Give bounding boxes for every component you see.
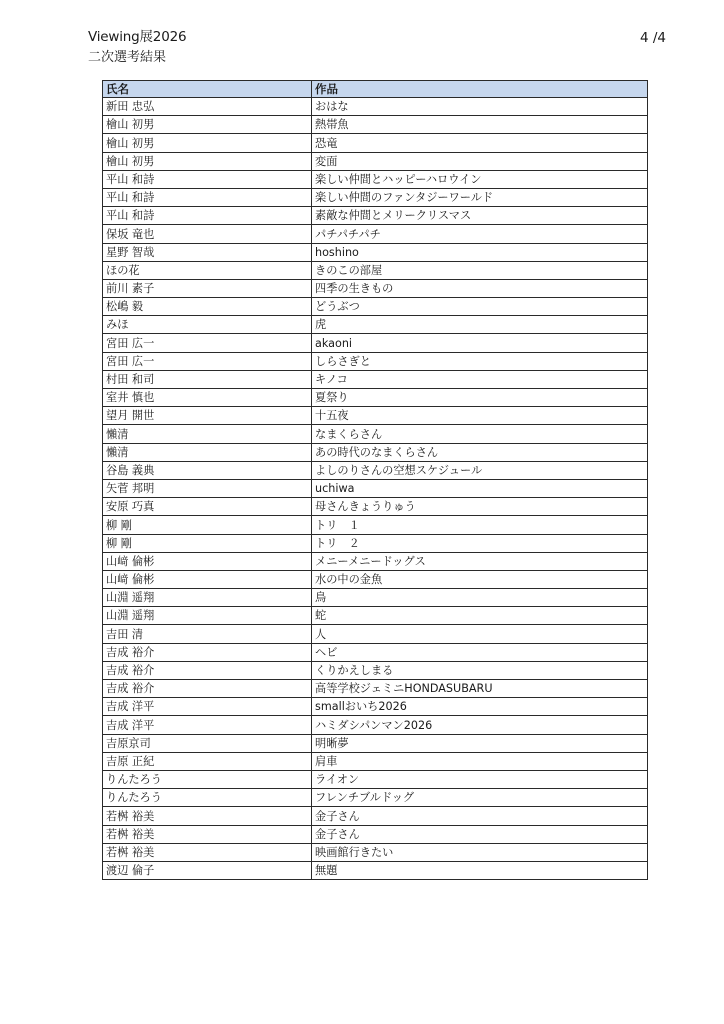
artwork-title-cell: 楽しい仲間のファンタジーワールド [312, 188, 648, 206]
artwork-title-cell: 明晰夢 [312, 734, 648, 752]
artwork-title-cell: メニーメニードッグス [312, 552, 648, 570]
artist-name-cell: 平山 和詩 [103, 207, 312, 225]
artist-name-cell: 前川 素子 [103, 279, 312, 297]
artwork-title-cell: 虎 [312, 316, 648, 334]
artist-name-cell: 平山 和詩 [103, 170, 312, 188]
artwork-title-cell: どうぶつ [312, 298, 648, 316]
table-row: 宮田 広一しらさぎと [103, 352, 648, 370]
artist-name-cell: 吉原京司 [103, 734, 312, 752]
table-row: 柳 剛トリ １ [103, 516, 648, 534]
column-header-name: 氏名 [103, 81, 312, 98]
artwork-title-cell: 高等学校ジェミニHONDASUBARU [312, 680, 648, 698]
artwork-title-cell: 変面 [312, 152, 648, 170]
table-row: 安原 巧真母さんきょうりゅう [103, 498, 648, 516]
artwork-title-cell: あの時代のなまくらさん [312, 443, 648, 461]
artist-name-cell: 山淵 遥翔 [103, 589, 312, 607]
artwork-title-cell: akaoni [312, 334, 648, 352]
artwork-title-cell: くりかえしまる [312, 661, 648, 679]
artist-name-cell: みほ [103, 316, 312, 334]
table-row: 檜山 初男恐竜 [103, 134, 648, 152]
artwork-title-cell: ヘビ [312, 643, 648, 661]
table-row: 吉原京司明晰夢 [103, 734, 648, 752]
artwork-title-cell: 金子さん [312, 807, 648, 825]
artwork-title-cell: 無題 [312, 861, 648, 879]
artist-name-cell: りんたろう [103, 770, 312, 788]
artwork-title-cell: 人 [312, 625, 648, 643]
table-row: りんたろうライオン [103, 770, 648, 788]
table-row: 山﨑 倫彬水の中の金魚 [103, 570, 648, 588]
artwork-title-cell: 熱帯魚 [312, 116, 648, 134]
artwork-title-cell: 四季の生きもの [312, 279, 648, 297]
artwork-title-cell: ライオン [312, 770, 648, 788]
artwork-title-cell: 恐竜 [312, 134, 648, 152]
artist-name-cell: 安原 巧真 [103, 498, 312, 516]
artwork-title-cell: 素敵な仲間とメリークリスマス [312, 207, 648, 225]
artist-name-cell: 若桝 裕美 [103, 825, 312, 843]
artwork-title-cell: 映画館行きたい [312, 843, 648, 861]
artist-name-cell: 懶清 [103, 443, 312, 461]
artwork-title-cell: 肩車 [312, 752, 648, 770]
table-row: 望月 開世十五夜 [103, 407, 648, 425]
artist-name-cell: 柳 剛 [103, 516, 312, 534]
artwork-title-cell: しらさぎと [312, 352, 648, 370]
table-row: 山淵 遥翔蛇 [103, 607, 648, 625]
artwork-title-cell: パチパチパチ [312, 225, 648, 243]
artist-name-cell: 山﨑 倫彬 [103, 552, 312, 570]
artwork-title-cell: 水の中の金魚 [312, 570, 648, 588]
table-row: 吉成 洋平smallおいち2026 [103, 698, 648, 716]
table-row: 星野 智哉hoshino [103, 243, 648, 261]
artist-name-cell: 保坂 竜也 [103, 225, 312, 243]
table-row: 若桝 裕美金子さん [103, 807, 648, 825]
artwork-title-cell: フレンチブルドッグ [312, 789, 648, 807]
artist-name-cell: 懶清 [103, 425, 312, 443]
artist-name-cell: 吉成 裕介 [103, 643, 312, 661]
artwork-title-cell: smallおいち2026 [312, 698, 648, 716]
table-row: 吉成 洋平ハミダシパンマン2026 [103, 716, 648, 734]
table-row: 村田 和司キノコ [103, 370, 648, 388]
artist-name-cell: 新田 忠弘 [103, 98, 312, 116]
table-row: 矢菅 邦明uchiwa [103, 479, 648, 497]
table-row: 山淵 遥翔鳥 [103, 589, 648, 607]
table-row: みほ虎 [103, 316, 648, 334]
table-row: 懶清なまくらさん [103, 425, 648, 443]
artist-name-cell: 吉田 清 [103, 625, 312, 643]
artwork-title-cell: 蛇 [312, 607, 648, 625]
artwork-title-cell: 金子さん [312, 825, 648, 843]
artist-name-cell: 若桝 裕美 [103, 843, 312, 861]
artist-name-cell: 吉成 洋平 [103, 716, 312, 734]
artist-name-cell: 山淵 遥翔 [103, 607, 312, 625]
artist-name-cell: 山﨑 倫彬 [103, 570, 312, 588]
table-row: 保坂 竜也パチパチパチ [103, 225, 648, 243]
artist-name-cell: 矢菅 邦明 [103, 479, 312, 497]
table-row: 檜山 初男変面 [103, 152, 648, 170]
table-row: りんたろうフレンチブルドッグ [103, 789, 648, 807]
table-row: 平山 和詩楽しい仲間とハッピーハロウイン [103, 170, 648, 188]
table-row: 若桝 裕美金子さん [103, 825, 648, 843]
table-row: 柳 剛トリ ２ [103, 534, 648, 552]
table-row: ほの花きのこの部屋 [103, 261, 648, 279]
artist-name-cell: 宮田 広一 [103, 352, 312, 370]
table-row: 吉成 裕介くりかえしまる [103, 661, 648, 679]
artist-name-cell: 檜山 初男 [103, 152, 312, 170]
artwork-title-cell: 楽しい仲間とハッピーハロウイン [312, 170, 648, 188]
artwork-title-cell: キノコ [312, 370, 648, 388]
table-header-row: 氏名 作品 [103, 81, 648, 98]
artist-name-cell: 村田 和司 [103, 370, 312, 388]
table-row: 新田 忠弘おはな [103, 98, 648, 116]
table-row: 谷島 義典よしのりさんの空想スケジュール [103, 461, 648, 479]
artist-name-cell: 星野 智哉 [103, 243, 312, 261]
table-row: 宮田 広一akaoni [103, 334, 648, 352]
artist-name-cell: 渡辺 倫子 [103, 861, 312, 879]
artwork-title-cell: よしのりさんの空想スケジュール [312, 461, 648, 479]
table-row: 懶清あの時代のなまくらさん [103, 443, 648, 461]
table-row: 渡辺 倫子無題 [103, 861, 648, 879]
artwork-title-cell: hoshino [312, 243, 648, 261]
table-row: 吉成 裕介高等学校ジェミニHONDASUBARU [103, 680, 648, 698]
artist-name-cell: 室井 慎也 [103, 389, 312, 407]
artist-name-cell: 檜山 初男 [103, 134, 312, 152]
table-body: 新田 忠弘おはな檜山 初男熱帯魚檜山 初男恐竜檜山 初男変面平山 和詩楽しい仲間… [103, 98, 648, 880]
selection-results-table: 氏名 作品 新田 忠弘おはな檜山 初男熱帯魚檜山 初男恐竜檜山 初男変面平山 和… [102, 80, 648, 880]
artist-name-cell: 吉成 裕介 [103, 680, 312, 698]
artist-name-cell: 吉原 正紀 [103, 752, 312, 770]
artwork-title-cell: トリ １ [312, 516, 648, 534]
artist-name-cell: りんたろう [103, 789, 312, 807]
artwork-title-cell: 夏祭り [312, 389, 648, 407]
table-row: 吉原 正紀肩車 [103, 752, 648, 770]
table-row: 室井 慎也夏祭り [103, 389, 648, 407]
artist-name-cell: 谷島 義典 [103, 461, 312, 479]
artist-name-cell: ほの花 [103, 261, 312, 279]
artist-name-cell: 吉成 裕介 [103, 661, 312, 679]
table-row: 吉田 清人 [103, 625, 648, 643]
artist-name-cell: 若桝 裕美 [103, 807, 312, 825]
artist-name-cell: 平山 和詩 [103, 188, 312, 206]
table-row: 山﨑 倫彬メニーメニードッグス [103, 552, 648, 570]
table-row: 若桝 裕美映画館行きたい [103, 843, 648, 861]
table-row: 松嶋 毅どうぶつ [103, 298, 648, 316]
artist-name-cell: 望月 開世 [103, 407, 312, 425]
artwork-title-cell: 鳥 [312, 589, 648, 607]
artwork-title-cell: きのこの部屋 [312, 261, 648, 279]
page-indicator: 4 /4 [640, 29, 666, 47]
artist-name-cell: 檜山 初男 [103, 116, 312, 134]
document-title: Viewing展2026 [88, 28, 186, 46]
table-row: 吉成 裕介ヘビ [103, 643, 648, 661]
artwork-title-cell: 母さんきょうりゅう [312, 498, 648, 516]
artwork-title-cell: おはな [312, 98, 648, 116]
column-header-work: 作品 [312, 81, 648, 98]
artwork-title-cell: なまくらさん [312, 425, 648, 443]
artwork-title-cell: トリ ２ [312, 534, 648, 552]
table-row: 檜山 初男熱帯魚 [103, 116, 648, 134]
artist-name-cell: 宮田 広一 [103, 334, 312, 352]
artwork-title-cell: uchiwa [312, 479, 648, 497]
table-row: 平山 和詩楽しい仲間のファンタジーワールド [103, 188, 648, 206]
artist-name-cell: 松嶋 毅 [103, 298, 312, 316]
artwork-title-cell: 十五夜 [312, 407, 648, 425]
artist-name-cell: 吉成 洋平 [103, 698, 312, 716]
artwork-title-cell: ハミダシパンマン2026 [312, 716, 648, 734]
table-row: 平山 和詩素敵な仲間とメリークリスマス [103, 207, 648, 225]
artist-name-cell: 柳 剛 [103, 534, 312, 552]
document-subtitle: 二次選考結果 [88, 49, 166, 67]
table-row: 前川 素子四季の生きもの [103, 279, 648, 297]
